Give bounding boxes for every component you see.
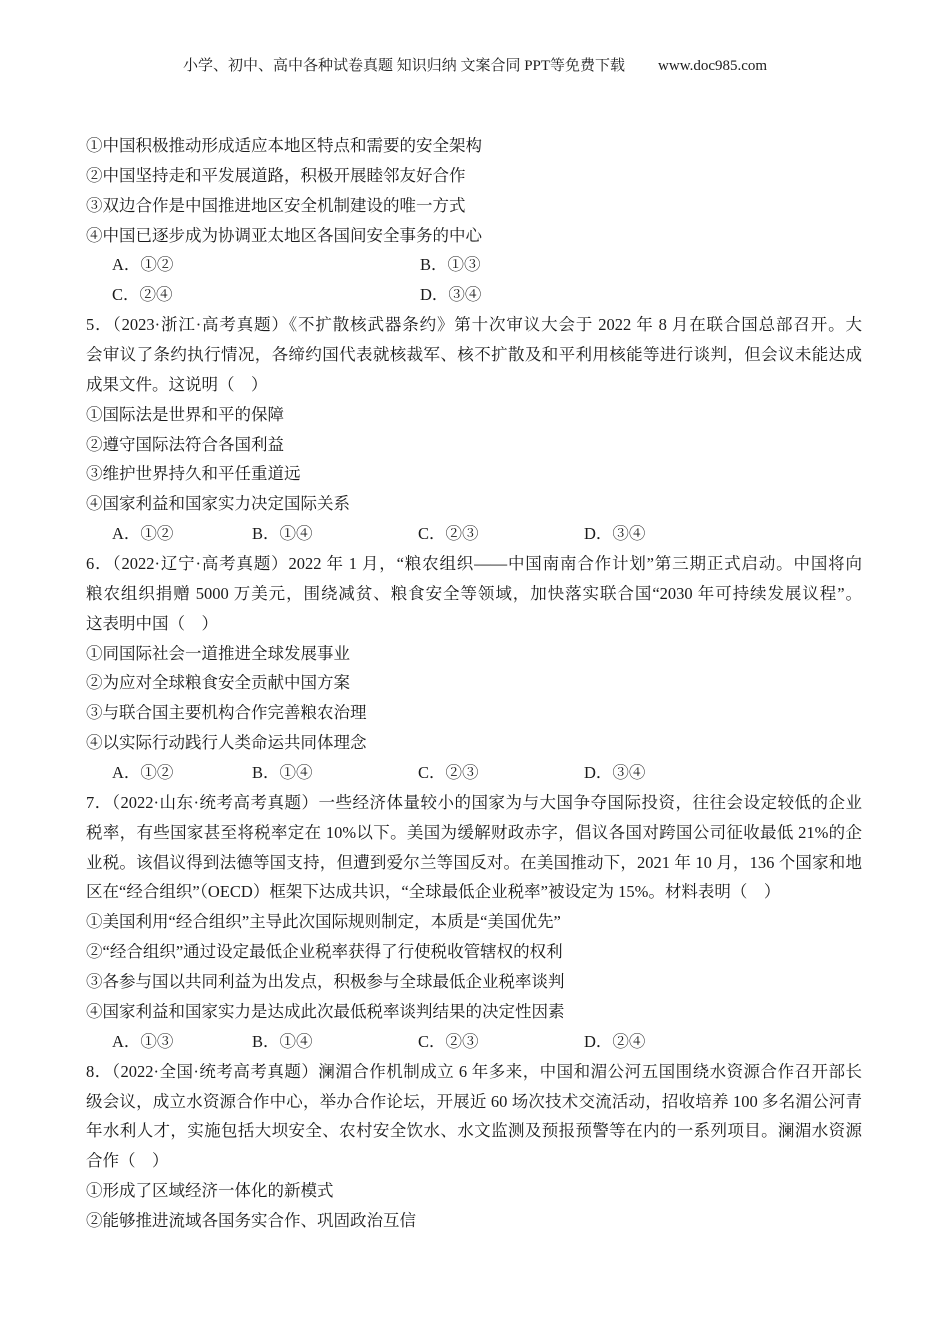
q7-stem-line-4: 区在“经合组织”（OECD）框架下达成共识，“全球最低企业税率”被设定为 15%…: [86, 877, 862, 907]
q5-choices-row-choice-d: D．③④: [584, 519, 645, 549]
q5-choices-row-choice-a: A．①②: [112, 519, 173, 549]
watermark-header: 小学、初中、高中各种试卷真题 知识归纳 文案合同 PPT等免费下载www.doc…: [0, 54, 950, 75]
q4-choices-row-1-choice-a: A．①②: [112, 250, 173, 280]
q6-choices-row-choice-d: D．③④: [584, 758, 645, 788]
exam-paper-page: { "colors": { "background": "#ffffff", "…: [0, 0, 950, 1344]
header-promo-text: 小学、初中、高中各种试卷真题 知识归纳 文案合同 PPT等免费下载: [183, 58, 625, 74]
q7-choices-row-choice-b: B．①④: [252, 1027, 313, 1057]
q4-statement-3: ③双边合作是中国推进地区安全机制建设的唯一方式: [86, 191, 862, 221]
q5-choices-row: A．①②B．①④C．②③D．③④: [86, 519, 862, 549]
q7-choices-row-choice-c: C．②③: [418, 1027, 479, 1057]
document-content: ①中国积极推动形成适应本地区特点和需要的安全架构②中国坚持走和平发展道路，积极开…: [86, 131, 862, 1236]
q6-choices-row-choice-b: B．①④: [252, 758, 313, 788]
q4-choices-row-1-choice-b: B．①③: [420, 250, 481, 280]
header-site-url: www.doc985.com: [658, 58, 767, 74]
q4-choices-row-2-choice-c: C．②④: [112, 280, 173, 310]
q4-choices-row-2: C．②④D．③④: [86, 280, 862, 310]
q4-choices-row-2-choice-d: D．③④: [420, 280, 481, 310]
q7-statement-1: ①美国利用“经合组织”主导此次国际规则制定，本质是“美国优先”: [86, 907, 862, 937]
q6-choices-row-choice-a: A．①②: [112, 758, 173, 788]
q8-stem-line-4: 合作（ ）: [86, 1146, 862, 1176]
q8-stem-line-2: 级会议，成立水资源合作中心，举办合作论坛，开展近 60 场次技术交流活动，招收培…: [86, 1087, 862, 1117]
q4-choices-row-1: A．①②B．①③: [86, 250, 862, 280]
q5-statement-2: ②遵守国际法符合各国利益: [86, 430, 862, 460]
q7-choices-row: A．①③B．①④C．②③D．②④: [86, 1027, 862, 1057]
q8-stem-line-1: 8．（2022·全国·统考高考真题）澜湄合作机制成立 6 年多来，中国和湄公河五…: [86, 1057, 862, 1087]
q6-statement-3: ③与联合国主要机构合作完善粮农治理: [86, 698, 862, 728]
q4-statement-2: ②中国坚持走和平发展道路，积极开展睦邻友好合作: [86, 161, 862, 191]
q6-statement-2: ②为应对全球粮食安全贡献中国方案: [86, 668, 862, 698]
q6-choices-row-choice-c: C．②③: [418, 758, 479, 788]
q7-statement-3: ③各参与国以共同利益为出发点，积极参与全球最低企业税率谈判: [86, 967, 862, 997]
q6-statement-4: ④以实际行动践行人类命运共同体理念: [86, 728, 862, 758]
q5-stem-line-3: 成果文件。这说明（ ）: [86, 370, 862, 400]
q7-choices-row-choice-a: A．①③: [112, 1027, 173, 1057]
q7-stem-line-1: 7．（2022·山东·统考高考真题）一些经济体量较小的国家为与大国争夺国际投资，…: [86, 788, 862, 818]
q8-stem-line-3: 年水利人才，实施包括大坝安全、农村安全饮水、水文监测及预报预警等在内的一系列项目…: [86, 1116, 862, 1146]
q8-statement-2: ②能够推进流域各国务实合作、巩固政治互信: [86, 1206, 862, 1236]
q5-statement-3: ③维护世界持久和平任重道远: [86, 459, 862, 489]
q4-statement-4: ④中国已逐步成为协调亚太地区各国间安全事务的中心: [86, 221, 862, 251]
q5-statement-1: ①国际法是世界和平的保障: [86, 400, 862, 430]
q5-stem-line-1: 5．（2023·浙江·高考真题）《不扩散核武器条约》第十次审议大会于 2022 …: [86, 310, 862, 340]
q8-statement-1: ①形成了区域经济一体化的新模式: [86, 1176, 862, 1206]
q7-statement-4: ④国家利益和国家实力是达成此次最低税率谈判结果的决定性因素: [86, 997, 862, 1027]
q5-choices-row-choice-c: C．②③: [418, 519, 479, 549]
q5-statement-4: ④国家利益和国家实力决定国际关系: [86, 489, 862, 519]
q5-choices-row-choice-b: B．①④: [252, 519, 313, 549]
q7-stem-line-2: 税率，有些国家甚至将税率定在 10%以下。美国为缓解财政赤字，倡议各国对跨国公司…: [86, 818, 862, 848]
q7-statement-2: ②“经合组织”通过设定最低企业税率获得了行使税收管辖权的权利: [86, 937, 862, 967]
q6-choices-row: A．①②B．①④C．②③D．③④: [86, 758, 862, 788]
q6-statement-1: ①同国际社会一道推进全球发展事业: [86, 639, 862, 669]
q5-stem-line-2: 会审议了条约执行情况，各缔约国代表就核裁军、核不扩散及和平利用核能等进行谈判，但…: [86, 340, 862, 370]
q6-stem-line-3: 这表明中国（ ）: [86, 609, 862, 639]
q6-stem-line-1: 6．（2022·辽宁·高考真题）2022 年 1 月，“粮农组织——中国南南合作…: [86, 549, 862, 579]
q7-stem-line-3: 业税。该倡议得到法德等国支持，但遭到爱尔兰等国反对。在美国推动下，2021 年 …: [86, 848, 862, 878]
q4-statement-1: ①中国积极推动形成适应本地区特点和需要的安全架构: [86, 131, 862, 161]
q7-choices-row-choice-d: D．②④: [584, 1027, 645, 1057]
q6-stem-line-2: 粮农组织捐赠 5000 万美元，围绕减贫、粮食安全等领域，加快落实联合国“203…: [86, 579, 862, 609]
